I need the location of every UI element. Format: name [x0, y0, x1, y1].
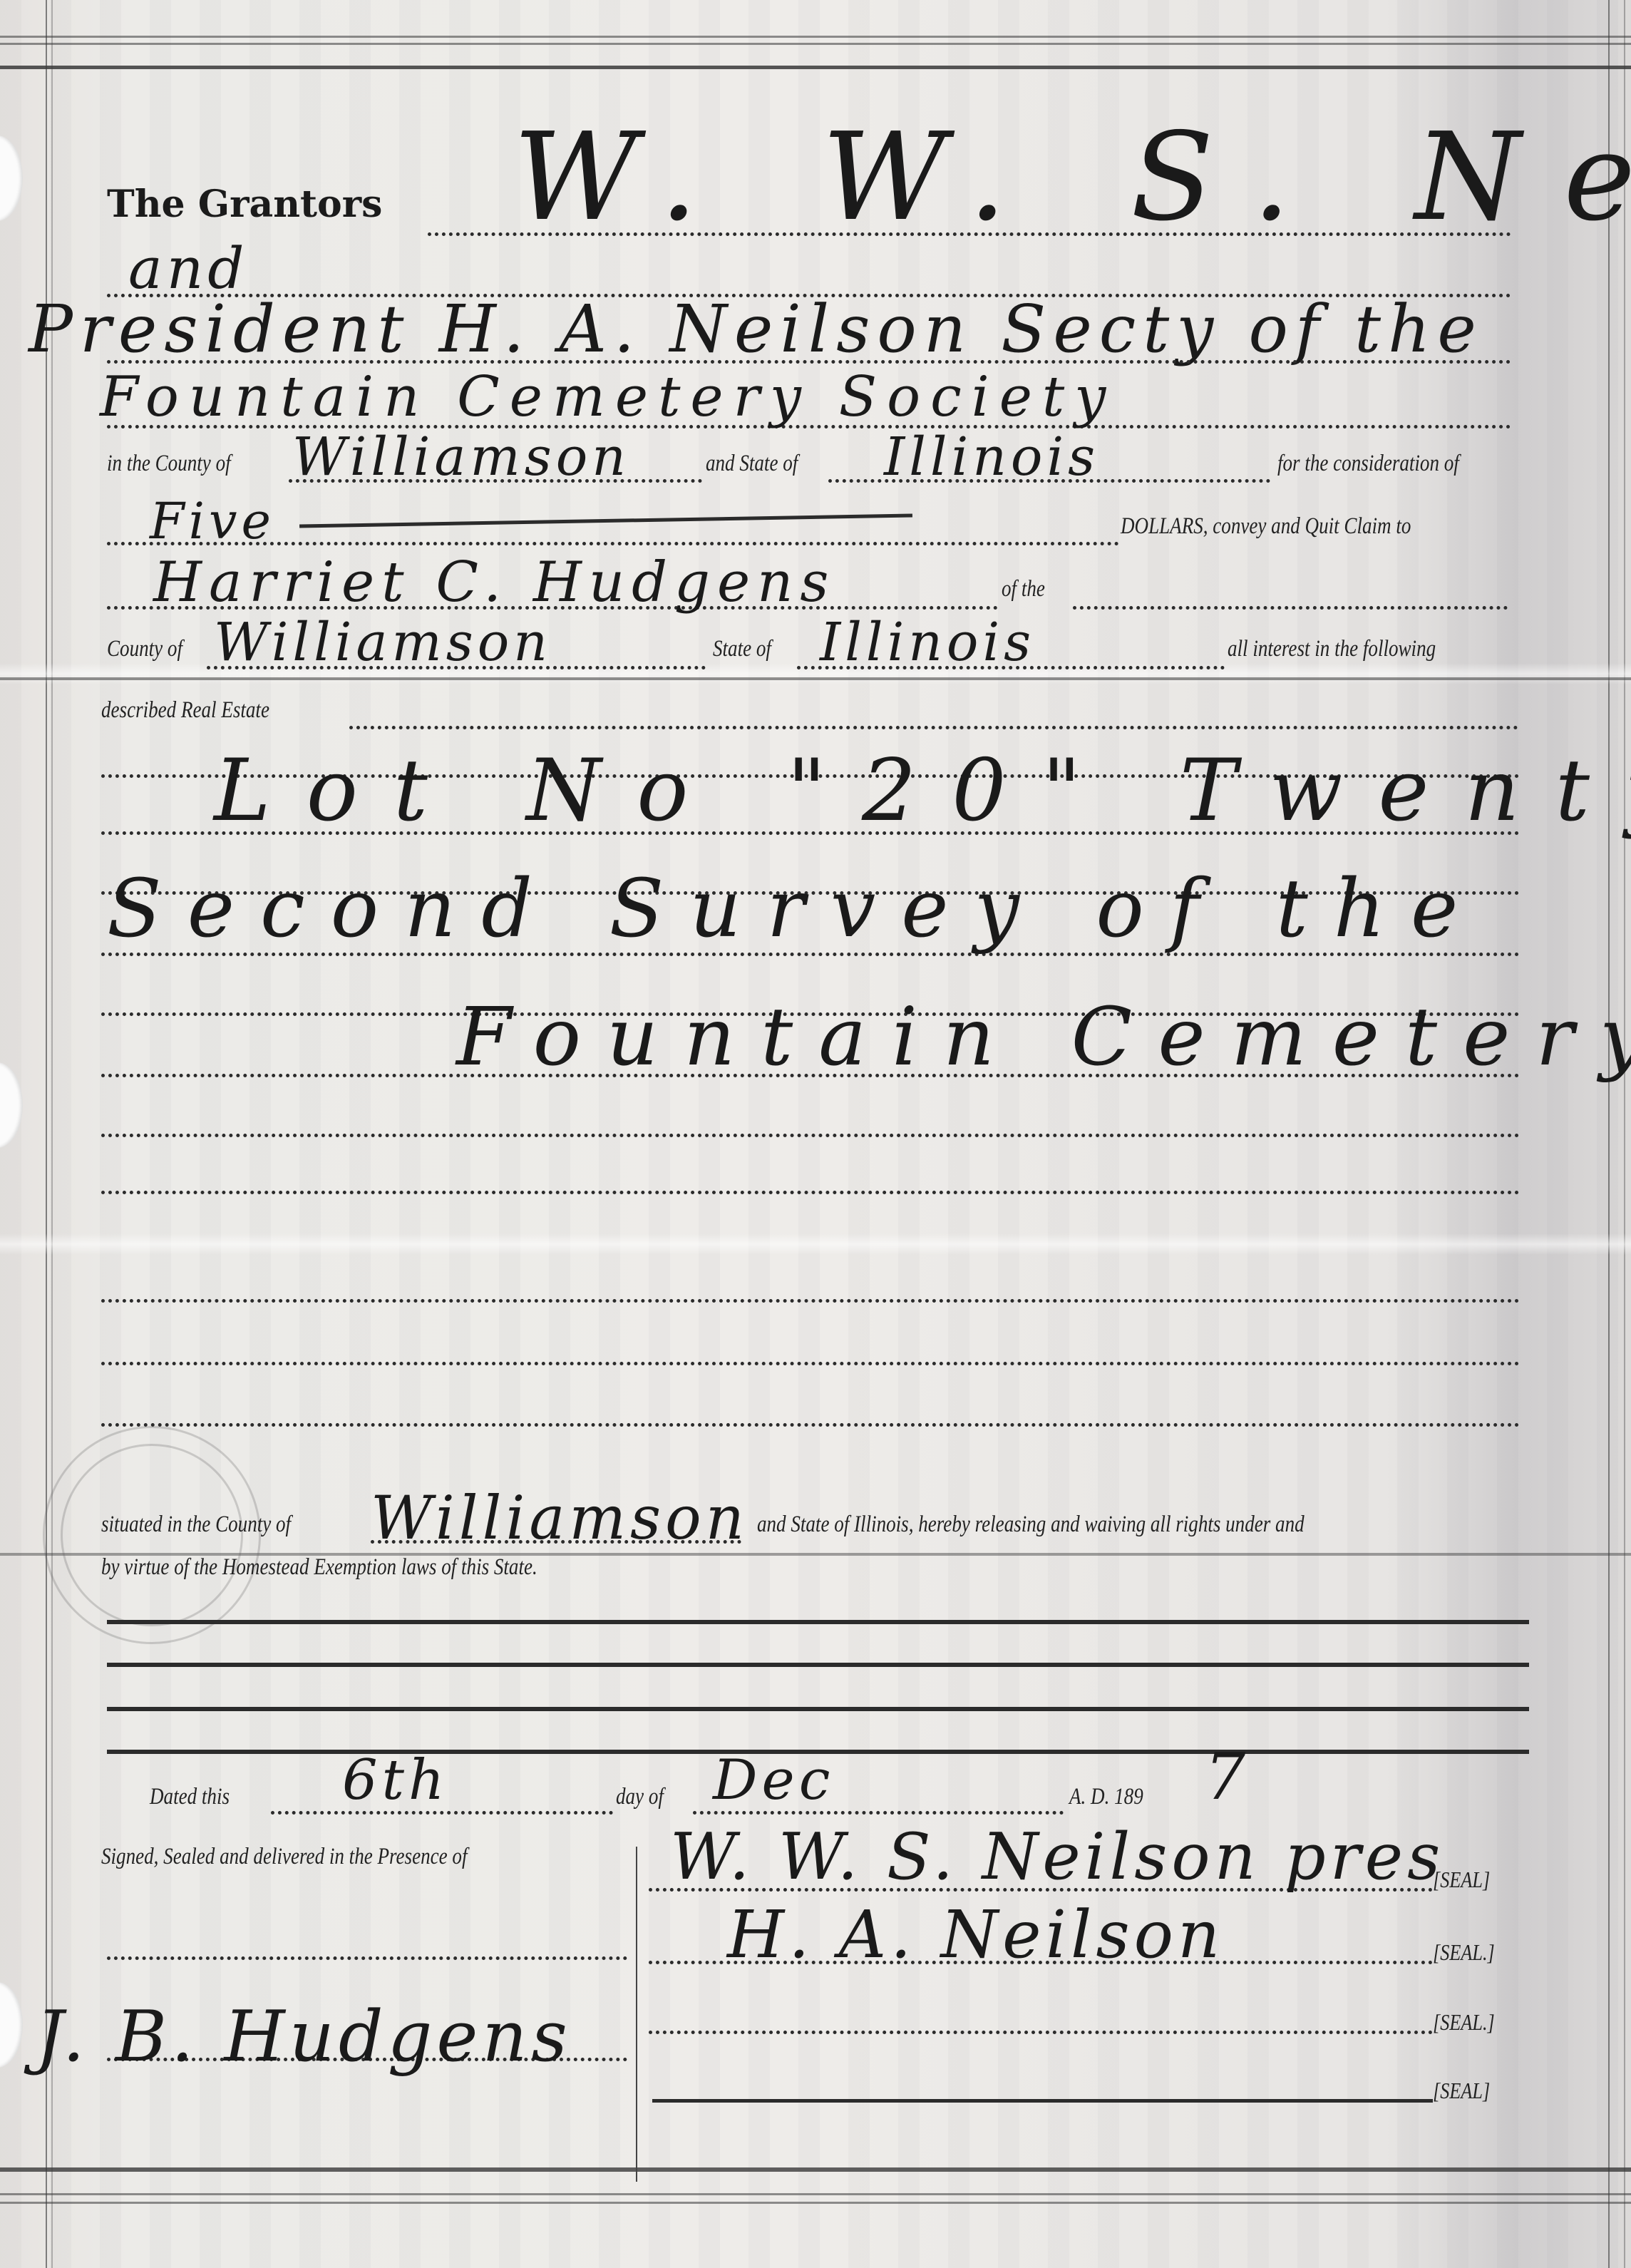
fold-crease-line [0, 677, 1631, 680]
signer-line [652, 2099, 1433, 2103]
state-value[interactable]: Illinois [884, 426, 1099, 488]
consideration-label: for the consideration of [1277, 451, 1459, 477]
grantee-county-value[interactable]: Williamson [214, 612, 552, 673]
homestead-line: by virtue of the Homestead Exemption law… [101, 1554, 537, 1581]
real-estate-line [349, 726, 1518, 729]
description-line [101, 1423, 1520, 1427]
seal-label: [SEAL] [1433, 1867, 1490, 1893]
bottom-rule-3 [0, 2202, 1631, 2204]
bottom-rule-1 [0, 2167, 1631, 2172]
punch-hole [0, 135, 23, 221]
dated-label: Dated this [150, 1784, 230, 1810]
day-value[interactable]: 6th [342, 1748, 448, 1812]
year-digit[interactable]: 7 [1205, 1740, 1250, 1815]
description-line [101, 1191, 1520, 1194]
real-estate-label: described Real Estate [101, 697, 269, 724]
witness-line [107, 1956, 627, 1960]
seal-label: [SEAL.] [1433, 1939, 1495, 1966]
blank-line [107, 1663, 1529, 1667]
description-line [101, 1362, 1520, 1365]
seal-label: [SEAL] [1433, 2078, 1490, 2104]
signer-2-signature: H. A. Neilson [727, 1897, 1224, 1973]
blank-line [107, 1707, 1529, 1711]
grantor-line2-handwritten: President H. A. Neilson Secty of the [29, 291, 1483, 367]
paper-fold [0, 1233, 1631, 1255]
grantor-line-3 [107, 360, 1511, 364]
legal-description-line3: Fountain Cemetery [456, 991, 1631, 1084]
top-rule-1 [0, 36, 1631, 38]
dollars-label: DOLLARS, convey and Quit Claim to [1121, 513, 1411, 540]
top-rule-3 [0, 66, 1631, 69]
situated-suffix: and State of Illinois, hereby releasing … [757, 1512, 1305, 1538]
consideration-value[interactable]: Five [150, 492, 275, 550]
witness-signature: J. B. Hudgens [36, 1996, 572, 2078]
grantee-county-label: County of [107, 636, 182, 662]
grantor-name-handwritten: W. W. S. Neilson [513, 107, 1631, 248]
grantee-state-value[interactable]: Illinois [820, 612, 1035, 673]
of-the-label: of the [1002, 576, 1045, 602]
day-of-label: day of [616, 1784, 664, 1810]
top-rule-2 [0, 43, 1631, 45]
county-label: in the County of [107, 451, 231, 477]
county-value[interactable]: Williamson [292, 426, 630, 488]
grantee-name[interactable]: Harriet C. Hudgens [153, 550, 835, 615]
bottom-rule-2 [0, 2193, 1631, 2195]
consideration-flourish [299, 513, 912, 528]
punch-hole [0, 1062, 23, 1148]
interest-label: all interest in the following [1228, 636, 1436, 662]
ad-label: A. D. 189 [1069, 1784, 1143, 1810]
situated-county-value[interactable]: Williamson [371, 1483, 748, 1553]
state-label: and State of [706, 451, 798, 477]
right-border-line [1608, 0, 1610, 2268]
seal-label: [SEAL.] [1433, 2009, 1495, 2036]
signer-1-signature: W. W. S. Neilson pres [670, 1820, 1444, 1894]
grantee-state-label: State of [713, 636, 771, 662]
month-value[interactable]: Dec [713, 1748, 834, 1812]
legal-description-line2: Second Survey of the [107, 863, 1483, 955]
grantor-line3-handwritten: Fountain Cemetery Society [100, 365, 1116, 429]
of-the-field-line [1073, 606, 1508, 610]
legal-description-line1: Lot No "20" Twenty [214, 742, 1631, 841]
presence-label: Signed, Sealed and delivered in the Pres… [101, 1844, 467, 1870]
grantors-title: The Grantors [107, 183, 382, 226]
situated-prefix: situated in the County of [101, 1512, 291, 1538]
deed-page: The Grantors W. W. S. Neilson and Presid… [0, 0, 1631, 2268]
description-line [101, 1134, 1520, 1137]
right-border-line-outer [1624, 0, 1625, 2268]
punch-hole [0, 1982, 23, 2068]
blank-line [107, 1620, 1529, 1624]
signer-line [649, 2031, 1433, 2034]
signature-divider [636, 1847, 637, 2182]
description-line [101, 1299, 1520, 1303]
